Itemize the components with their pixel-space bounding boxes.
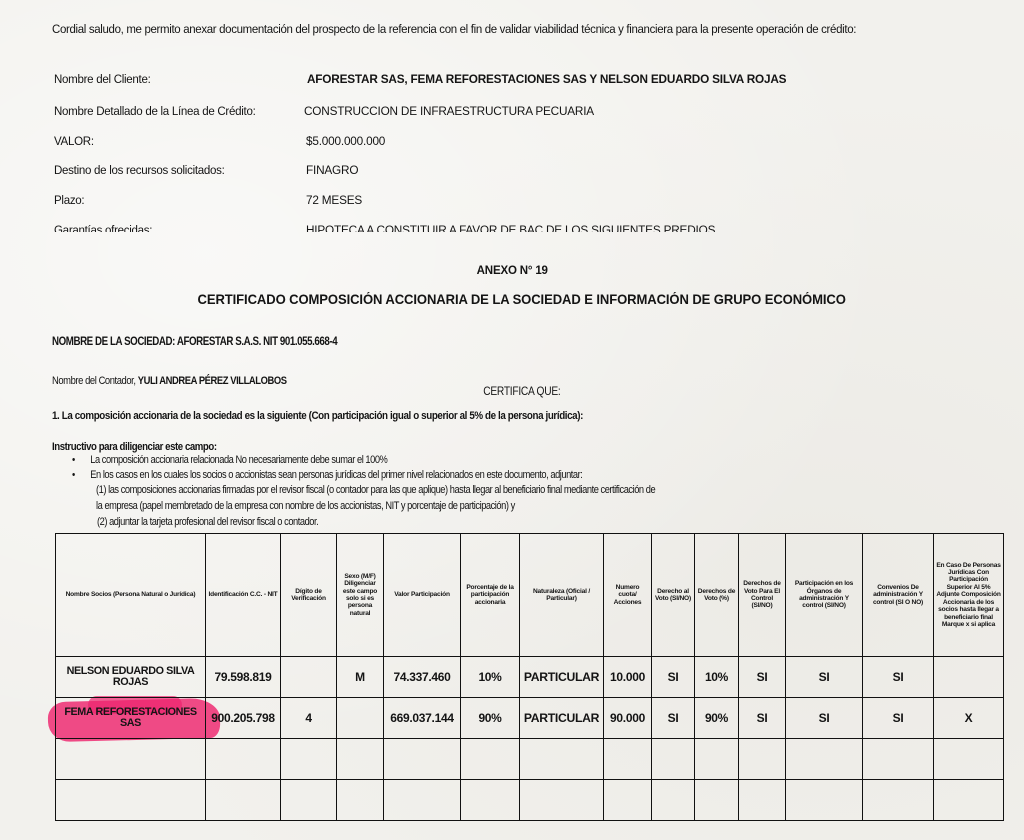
instruction-sub-2: la empresa (papel membretado de la empre… bbox=[96, 500, 515, 512]
empty-cell bbox=[695, 739, 739, 780]
destination-label: Destino de los recursos solicitados: bbox=[54, 163, 225, 177]
cell-voting-percent: 90% bbox=[695, 698, 739, 739]
instruction-bullet: •En los casos en los cuales los socios o… bbox=[72, 469, 582, 481]
header-voting-right: Derecho al Voto (SI/NO) bbox=[652, 534, 695, 657]
empty-cell bbox=[461, 739, 520, 780]
empty-cell bbox=[786, 739, 863, 780]
cell-partner-name: FEMA REFORESTACIONES SAS bbox=[56, 698, 206, 739]
header-nature: Naturaleza (Oficial / Particular) bbox=[520, 534, 604, 657]
empty-cell bbox=[337, 780, 384, 821]
header-shares-number: Numero cuota/ Acciones bbox=[604, 534, 652, 657]
cell-control-voting: SI bbox=[739, 657, 786, 698]
term-label: Plazo: bbox=[54, 193, 84, 207]
certifies-heading: CERTIFICA QUE: bbox=[0, 385, 1024, 398]
header-participation-percent: Porcentaje de la participación accionari… bbox=[461, 534, 520, 657]
cell-sex: M bbox=[337, 657, 384, 698]
empty-cell bbox=[384, 780, 461, 821]
certificate-title: CERTIFICADO COMPOSICIÓN ACCIONARIA DE LA… bbox=[0, 292, 1024, 307]
empty-cell bbox=[206, 739, 281, 780]
empty-cell bbox=[281, 739, 337, 780]
cell-nature: PARTICULAR bbox=[520, 698, 604, 739]
empty-cell bbox=[863, 780, 934, 821]
destination-value: FINAGRO bbox=[306, 163, 358, 177]
client-name-label: Nombre del Cliente: bbox=[54, 72, 151, 86]
guarantees-value: HIPOTECA A CONSTITUIR A FAVOR DE BAC DE … bbox=[306, 223, 718, 232]
empty-cell bbox=[384, 739, 461, 780]
empty-cell bbox=[652, 739, 695, 780]
value-amount: $5.000.000.000 bbox=[306, 134, 385, 148]
cell-voting-percent: 10% bbox=[695, 657, 739, 698]
empty-cell bbox=[206, 780, 281, 821]
cell-participation-percent: 90% bbox=[461, 698, 520, 739]
empty-cell bbox=[934, 780, 1004, 821]
cell-verification-digit: 4 bbox=[281, 698, 337, 739]
cell-verification-digit bbox=[281, 657, 337, 698]
shareholder-table: Nombre Socios (Persona Natural o Jurídic… bbox=[55, 533, 1004, 821]
cell-legal-entity-attach bbox=[934, 657, 1004, 698]
instruction-sub-1: (1) las composiciones accionarias firmad… bbox=[96, 484, 655, 496]
cell-participation-value: 669.037.144 bbox=[384, 698, 461, 739]
empty-cell bbox=[56, 780, 206, 821]
cell-participation-percent: 10% bbox=[461, 657, 520, 698]
header-verification-digit: Dígito de Verificación bbox=[281, 534, 337, 657]
header-identification: Identificación C.C. - NIT bbox=[206, 534, 281, 657]
annex-number: ANEXO N° 19 bbox=[0, 263, 1024, 277]
instructions-title: Instructivo para diligenciar este campo: bbox=[52, 441, 217, 453]
guarantees-label: Garantías ofrecidas: bbox=[54, 223, 152, 232]
cell-sex bbox=[337, 698, 384, 739]
empty-cell bbox=[739, 780, 786, 821]
cell-identification: 79.598.819 bbox=[206, 657, 281, 698]
empty-cell bbox=[337, 739, 384, 780]
client-name-value: AFORESTAR SAS, FEMA REFORESTACIONES SAS … bbox=[307, 72, 786, 86]
empty-cell bbox=[281, 780, 337, 821]
cell-voting-right: SI bbox=[652, 698, 695, 739]
cell-partner-name: NELSON EDUARDO SILVA ROJAS bbox=[56, 657, 206, 698]
cell-legal-entity-attach: X bbox=[934, 698, 1004, 739]
cell-control-voting: SI bbox=[739, 698, 786, 739]
table-row: FEMA REFORESTACIONES SAS 900.205.798 4 6… bbox=[56, 698, 1004, 739]
cell-shares-number: 10.000 bbox=[604, 657, 652, 698]
empty-cell bbox=[604, 739, 652, 780]
cell-shares-number: 90.000 bbox=[604, 698, 652, 739]
empty-cell bbox=[934, 739, 1004, 780]
empty-cell bbox=[604, 780, 652, 821]
credit-line-label: Nombre Detallado de la Línea de Crédito: bbox=[54, 104, 256, 118]
item-1-text: 1. La composición accionaria de la socie… bbox=[52, 410, 583, 422]
intro-text: Cordial saludo, me permito anexar docume… bbox=[52, 22, 856, 36]
cell-nature: PARTICULAR bbox=[520, 657, 604, 698]
instruction-sub-3: (2) adjuntar la tarjeta profesional del … bbox=[97, 516, 318, 528]
empty-cell bbox=[739, 739, 786, 780]
header-legal-entity-attach: En Caso De Personas Jurídicas Con Partic… bbox=[934, 534, 1004, 657]
empty-cell bbox=[786, 780, 863, 821]
term-value: 72 MESES bbox=[306, 193, 362, 207]
cell-voting-right: SI bbox=[652, 657, 695, 698]
value-label: VALOR: bbox=[54, 134, 94, 148]
empty-cell bbox=[863, 739, 934, 780]
cell-admin-agreements: SI bbox=[863, 657, 934, 698]
header-partner-name: Nombre Socios (Persona Natural o Jurídic… bbox=[56, 534, 206, 657]
table-row: NELSON EDUARDO SILVA ROJAS 79.598.819 M … bbox=[56, 657, 1004, 698]
empty-cell bbox=[520, 780, 604, 821]
empty-cell bbox=[695, 780, 739, 821]
table-row-empty bbox=[56, 739, 1004, 780]
header-voting-percent: Derechos de Voto (%) bbox=[695, 534, 739, 657]
empty-cell bbox=[652, 780, 695, 821]
credit-line-value: CONSTRUCCION DE INFRAESTRUCTURA PECUARIA bbox=[304, 104, 594, 118]
cell-admin-participation: SI bbox=[786, 698, 863, 739]
header-participation-value: Valor Participación bbox=[384, 534, 461, 657]
empty-cell bbox=[56, 739, 206, 780]
table-row-empty bbox=[56, 780, 1004, 821]
cell-admin-agreements: SI bbox=[863, 698, 934, 739]
header-admin-participation: Participación en los Órganos de administ… bbox=[786, 534, 863, 657]
empty-cell bbox=[520, 739, 604, 780]
company-line: NOMBRE DE LA SOCIEDAD: AFORESTAR S.A.S. … bbox=[52, 335, 337, 348]
instruction-bullet: •La composición accionaria relacionada N… bbox=[72, 454, 387, 466]
header-admin-agreements: Convenios De administración Y control (S… bbox=[863, 534, 934, 657]
cell-participation-value: 74.337.460 bbox=[384, 657, 461, 698]
cell-admin-participation: SI bbox=[786, 657, 863, 698]
table-header-row: Nombre Socios (Persona Natural o Jurídic… bbox=[56, 534, 1004, 657]
header-sex: Sexo (M/F) Diligenciar este campo solo s… bbox=[337, 534, 384, 657]
header-control-voting: Derechos de Voto Para El Control (SI/NO) bbox=[739, 534, 786, 657]
cell-identification: 900.205.798 bbox=[206, 698, 281, 739]
empty-cell bbox=[461, 780, 520, 821]
